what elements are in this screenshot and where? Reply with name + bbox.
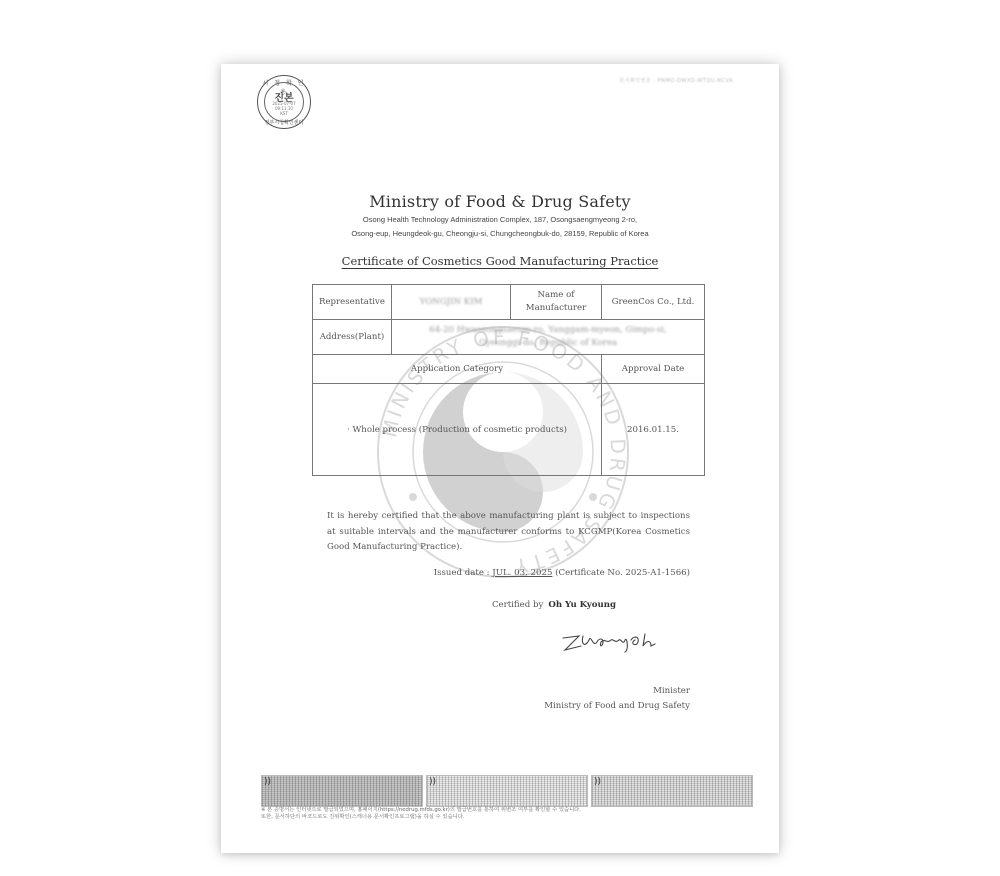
- category-header: Application Category: [313, 355, 602, 384]
- address-value-line-1: 64-20 Hwaseongsaeum-ro, Yanggam-myeon, G…: [396, 324, 700, 337]
- verification-stamp: 시 청 확 인 용 진본 2025-07-07 09:11:10 KST 정부시…: [257, 75, 311, 129]
- certificate-title: Certificate of Cosmetics Good Manufactur…: [221, 254, 779, 268]
- barcode-1: )): [261, 775, 423, 807]
- approval-value: 2016.01.15.: [602, 384, 705, 476]
- approval-header: Approval Date: [602, 355, 705, 384]
- minister-title: Minister: [544, 684, 690, 699]
- issued-line: Issued date : JUL. 03. 2025 (Certificate…: [434, 568, 690, 578]
- category-value: · Whole process (Production of cosmetic …: [313, 384, 602, 476]
- stamp-bottom-text: 정부시청확인센터: [258, 119, 310, 126]
- document-header: Ministry of Food & Drug Safety Osong Hea…: [221, 192, 779, 241]
- stamp-meta: 2025-07-07 09:11:10 KST: [258, 101, 310, 116]
- barcode-2: )): [426, 775, 588, 807]
- ministry-name: Ministry of Food & Drug Safety: [221, 192, 779, 211]
- table-row: Application Category Approval Date: [313, 355, 705, 384]
- table-row: Address(Plant) 64-20 Hwaseongsaeum-ro, Y…: [313, 320, 705, 355]
- minister-block: Minister Ministry of Food and Drug Safet…: [544, 684, 690, 714]
- address-line-1: Osong Health Technology Administration C…: [221, 213, 779, 227]
- minister-org: Ministry of Food and Drug Safety: [544, 699, 690, 714]
- certificate-info-table: Representative YONGJIN KIM Name of Manuf…: [312, 284, 705, 476]
- verification-footnote: ※ 본 증명서는 인터넷으로 발급되었으며, 홈페이지(https://nedr…: [261, 807, 761, 821]
- address-value-line-2: Gyeonggi-do, Republic of Korea: [396, 337, 700, 350]
- issued-date: JUL. 03. 2025: [492, 568, 552, 578]
- signature: [559, 630, 674, 654]
- document-code: 문서확인번호 : PNMO-DWXD-WTQU-NCVA: [619, 77, 733, 84]
- certified-by: Certified byOh Yu Kyoung: [492, 600, 616, 610]
- manufacturer-label: Name of Manufacturer: [511, 285, 602, 320]
- certified-by-label: Certified by: [492, 600, 543, 610]
- stamp-tz: KST: [258, 111, 310, 116]
- certification-statement: It is hereby certified that the above ma…: [327, 509, 690, 556]
- barcode-scan-icon: )): [264, 777, 271, 787]
- certified-by-name: Oh Yu Kyoung: [548, 600, 616, 610]
- barcode-scan-icon: )): [429, 777, 436, 787]
- ministry-address: Osong Health Technology Administration C…: [221, 213, 779, 241]
- verification-barcodes: )) )) )): [261, 775, 753, 807]
- barcode-3: )): [591, 775, 753, 807]
- representative-value: YONGJIN KIM: [392, 285, 511, 320]
- issued-label: Issued date :: [434, 568, 490, 578]
- footnote-line-2: 또한, 문서하단의 바코드로도 진위확인(스캐너용 문서확인프로그램)을 하실 …: [261, 814, 761, 821]
- address-value: 64-20 Hwaseongsaeum-ro, Yanggam-myeon, G…: [392, 320, 705, 355]
- representative-value-text: YONGJIN KIM: [420, 297, 483, 307]
- address-line-2: Osong-eup, Heungdeok-gu, Cheongju-si, Ch…: [221, 227, 779, 241]
- table-row: · Whole process (Production of cosmetic …: [313, 384, 705, 476]
- representative-label: Representative: [313, 285, 392, 320]
- certificate-page: 시 청 확 인 용 진본 2025-07-07 09:11:10 KST 정부시…: [221, 64, 779, 853]
- certificate-number: (Certificate No. 2025-A1-1566): [555, 568, 690, 578]
- table-row: Representative YONGJIN KIM Name of Manuf…: [313, 285, 705, 320]
- barcode-scan-icon: )): [594, 777, 601, 787]
- address-label: Address(Plant): [313, 320, 392, 355]
- manufacturer-value: GreenCos Co., Ltd.: [602, 285, 705, 320]
- footnote-line-1: ※ 본 증명서는 인터넷으로 발급되었으며, 홈페이지(https://nedr…: [261, 807, 761, 814]
